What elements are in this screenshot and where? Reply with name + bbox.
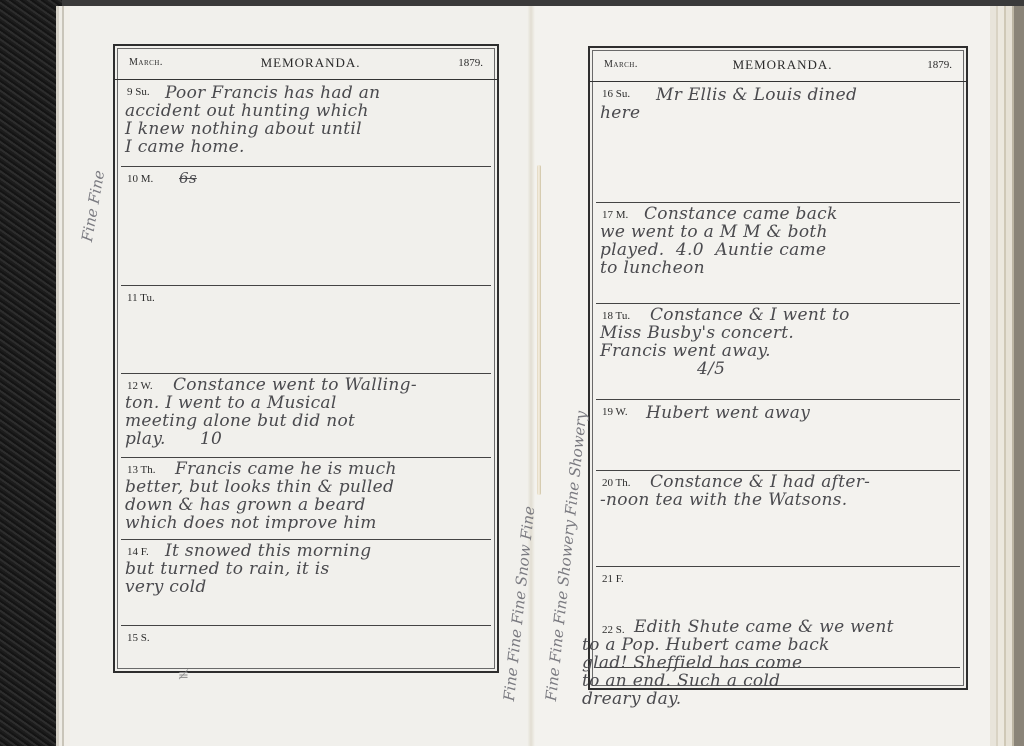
handwritten-entry: Constance & I went to Miss Busby's conce… (600, 306, 966, 378)
handwritten-entry: Poor Francis has had an accident out hun… (125, 84, 495, 156)
header-title: MEMORANDA. (261, 55, 361, 71)
handwritten-entry: Francis came he is much better, but look… (125, 460, 497, 532)
handwritten-entry: Hubert went away (646, 404, 810, 422)
handwritten-entry: Constance & I had after- -noon tea with … (600, 473, 980, 509)
day-label: 19 W. (602, 406, 628, 418)
header-year: 1879. (458, 57, 483, 69)
book-cover (0, 0, 62, 746)
day-entry: 19 W. Hubert went away (596, 400, 960, 471)
right-memoranda-frame: March. MEMORANDA. 1879. 16 Su. Mr Ellis … (588, 46, 968, 690)
handwritten-entry: Edith Shute came & we went to a Pop. Hub… (582, 618, 962, 708)
binding-thread (537, 165, 541, 495)
book-gutter (527, 6, 535, 746)
day-label: 10 M. (127, 173, 153, 185)
header-title: MEMORANDA. (733, 57, 833, 73)
handwritten-entry: Constance went to Walling- ton. I went t… (125, 376, 497, 448)
handwritten-entry: It snowed this morning but turned to rai… (125, 542, 497, 596)
day-entry: 22 S. Edith Shute came & we went to a Po… (596, 618, 960, 684)
day-entry: 10 M. 6s (121, 167, 491, 286)
handwritten-entry: Constance came back we went to a M M & b… (600, 205, 966, 277)
day-entry: 16 Su. Mr Ellis & Louis dined here (596, 82, 960, 203)
day-entry: 11 Tu. (121, 286, 491, 374)
handwritten-entry: Mr Ellis & Louis dined here (600, 86, 966, 122)
day-label: 11 Tu. (127, 292, 155, 304)
pencil-scribble: ≢ (178, 668, 189, 683)
right-header: March. MEMORANDA. 1879. (590, 48, 966, 82)
day-entry: 13 Th. Francis came he is much better, b… (121, 458, 491, 540)
page-stack-right (990, 6, 1024, 746)
day-entry: 12 W. Constance went to Walling- ton. I … (121, 374, 491, 458)
day-entry: 14 F. It snowed this morning but turned … (121, 540, 491, 626)
day-label: 21 F. (602, 573, 624, 585)
day-entry: 9 Su. Poor Francis has had an accident o… (121, 80, 491, 167)
day-entry: 17 M. Constance came back we went to a M… (596, 203, 960, 304)
day-entry: 18 Tu. Constance & I went to Miss Busby'… (596, 304, 960, 400)
header-year: 1879. (927, 59, 952, 71)
left-header: March. MEMORANDA. 1879. (115, 46, 497, 80)
handwritten-entry: 6s (179, 169, 197, 187)
header-month: March. (604, 59, 638, 70)
day-label: 15 S. (127, 632, 150, 644)
day-entry: 20 Th. Constance & I had after- -noon te… (596, 471, 960, 567)
day-entry: 15 S. (121, 626, 491, 666)
page-stack-left (56, 6, 70, 746)
left-memoranda-frame: March. MEMORANDA. 1879. 9 Su. Poor Franc… (113, 44, 499, 673)
header-month: March. (129, 57, 163, 68)
